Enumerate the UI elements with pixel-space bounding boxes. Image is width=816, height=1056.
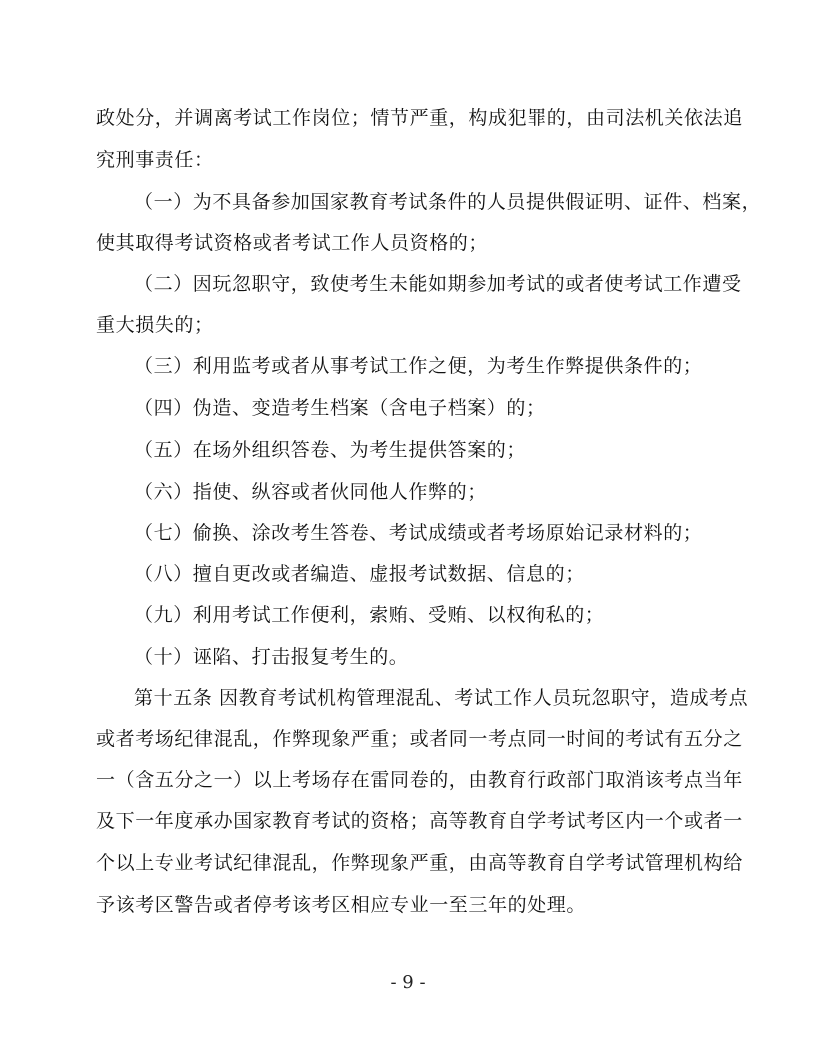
page-number: - 9 -: [0, 972, 816, 993]
list-item-1: （一）为不具备参加国家教育考试条件的人员提供假证明、证件、档案，: [134, 190, 736, 214]
list-item-8: （八）擅自更改或者编造、虚报考试数据、信息的；: [134, 562, 736, 586]
list-item-7: （七）偷换、涂改考生答卷、考试成绩或者考场原始记录材料的；: [134, 521, 736, 545]
list-item-3: （三）利用监考或者从事考试工作之便，为考生作弊提供条件的；: [134, 354, 736, 378]
document-page: 政处分，并调离考试工作岗位；情节严重，构成犯罪的，由司法机关依法追 究刑事责任：…: [0, 0, 816, 1056]
text-line: 及下一年度承办国家教育考试的资格；高等教育自学考试考区内一个或者一: [96, 809, 736, 833]
text-line: 重大损失的；: [96, 313, 736, 337]
text-line: 予该考区警告或者停考该考区相应专业一至三年的处理。: [96, 893, 736, 917]
text-line: 政处分，并调离考试工作岗位；情节严重，构成犯罪的，由司法机关依法追: [96, 106, 736, 130]
list-item-10: （十）诬陷、打击报复考生的。: [134, 645, 736, 669]
list-item-4: （四）伪造、变造考生档案（含电子档案）的；: [134, 396, 736, 420]
text-line: 使其取得考试资格或者考试工作人员资格的；: [96, 231, 736, 255]
list-item-6: （六）指使、纵容或者伙同他人作弊的；: [134, 480, 736, 504]
text-line: 个以上专业考试纪律混乱，作弊现象严重，由高等教育自学考试管理机构给: [96, 851, 736, 875]
article-15-heading-line: 第十五条 因教育考试机构管理混乱、考试工作人员玩忽职守，造成考点: [134, 686, 736, 710]
text-line: 一（含五分之一）以上考场存在雷同卷的，由教育行政部门取消该考点当年: [96, 768, 736, 792]
text-line: 究刑事责任：: [96, 148, 736, 172]
list-item-9: （九）利用考试工作便利，索贿、受贿、以权徇私的；: [134, 603, 736, 627]
list-item-2: （二）因玩忽职守，致使考生未能如期参加考试的或者使考试工作遭受: [134, 272, 736, 296]
text-line: 或者考场纪律混乱，作弊现象严重；或者同一考点同一时间的考试有五分之: [96, 727, 736, 751]
list-item-5: （五）在场外组织答卷、为考生提供答案的；: [134, 438, 736, 462]
